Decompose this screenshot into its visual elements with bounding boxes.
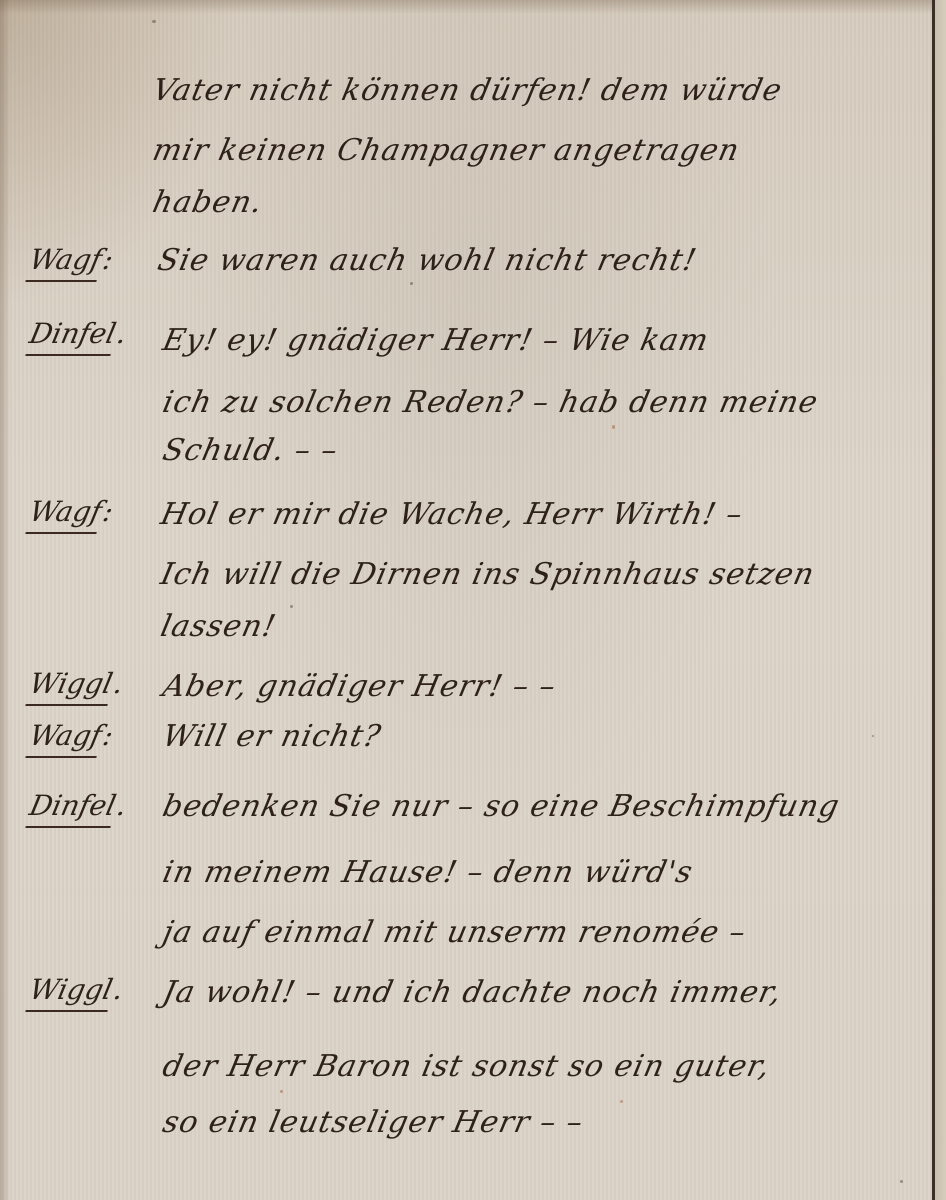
- paper-speck: [872, 735, 874, 737]
- manuscript-line: Schuld. – –: [160, 436, 341, 466]
- speaker-label: Wagf:: [27, 246, 116, 274]
- manuscript-line: Ja wohl! – und ich dachte noch immer,: [160, 978, 785, 1008]
- manuscript-line: ich zu solchen Reden? – hab denn meine: [160, 388, 821, 418]
- manuscript-line: Vater nicht können dürfen! dem würde: [150, 76, 785, 106]
- speaker-name: Dinfel: [25, 317, 119, 356]
- manuscript-line: Ich will die Dirnen ins Spinnhaus setzen: [158, 560, 817, 590]
- manuscript-line: so ein leutseliger Herr – –: [160, 1108, 586, 1138]
- manuscript-line: Sie waren auch wohl nicht recht!: [155, 246, 699, 276]
- manuscript-line: mir keinen Champagner angetragen: [150, 136, 742, 166]
- speaker-name: Wagf: [25, 495, 105, 534]
- speaker-label: Wagf:: [27, 498, 116, 526]
- speaker-name: Wiggl: [25, 667, 115, 706]
- manuscript-line: Will er nicht?: [160, 722, 384, 752]
- manuscript-line: Hol er mir die Wache, Herr Wirth! –: [158, 500, 746, 530]
- speaker-label: Wiggl.: [27, 976, 126, 1004]
- manuscript-line: ja auf einmal mit unserm renomée –: [160, 918, 749, 948]
- speaker-name: Wagf: [25, 719, 105, 758]
- manuscript-line: Ey! ey! gnädiger Herr! – Wie kam: [160, 326, 712, 356]
- paper-speck: [900, 1180, 903, 1183]
- paper-speck: [152, 20, 156, 23]
- page-top-shadow: [0, 0, 946, 14]
- paper-speck: [280, 1090, 283, 1093]
- manuscript-line: bedenken Sie nur – so eine Beschimpfung: [160, 792, 842, 822]
- speaker-name: Wagf: [25, 243, 105, 282]
- speaker-label: Dinfel.: [27, 320, 129, 348]
- speaker-label: Dinfel.: [27, 792, 129, 820]
- page-left-shadow: [0, 0, 10, 1200]
- manuscript-line: haben.: [150, 188, 265, 218]
- manuscript-page: Vater nicht können dürfen! dem würde mir…: [0, 0, 946, 1200]
- paper-speck: [612, 425, 615, 429]
- manuscript-line: der Herr Baron ist sonst so ein guter,: [160, 1052, 773, 1082]
- speaker-label: Wagf:: [27, 722, 116, 750]
- speaker-name: Wiggl: [25, 973, 115, 1012]
- page-adjacent-strip: [935, 0, 946, 1200]
- paper-speck: [410, 282, 413, 285]
- speaker-label: Wiggl.: [27, 670, 126, 698]
- paper-speck: [290, 605, 293, 608]
- manuscript-line: lassen!: [158, 612, 279, 642]
- manuscript-line: in meinem Hause! – denn würd's: [160, 858, 696, 888]
- paper-speck: [620, 1100, 623, 1103]
- manuscript-line: Aber, gnädiger Herr! – –: [160, 672, 559, 702]
- speaker-name: Dinfel: [25, 789, 119, 828]
